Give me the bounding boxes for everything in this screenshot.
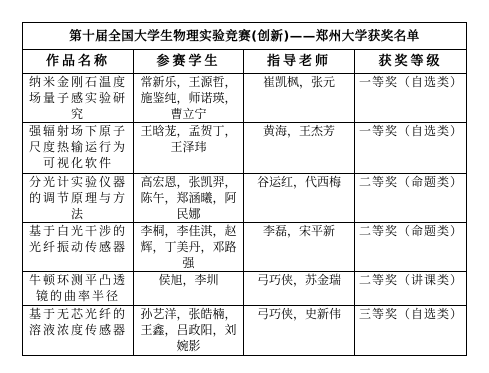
award-level: 一等奖（自选类） bbox=[355, 74, 467, 123]
table-row: 基于无芯光纤的溶液浓度传感器 孙艺洋，张皓楠，王鑫，吕政阳，刘婉影 弓巧侠，史新… bbox=[23, 306, 467, 356]
work-name: 基于无芯光纤的溶液浓度传感器 bbox=[23, 306, 134, 356]
table-row: 纳米金刚石温度场量子感实验研究 常新乐，王源哲，施鉴纯，师诺瑛，曹立宁 崔凯枫，… bbox=[23, 74, 467, 123]
work-name: 基于白光干涉的光纤振动传感器 bbox=[23, 223, 134, 272]
work-name: 纳米金刚石温度场量子感实验研究 bbox=[23, 74, 134, 123]
advisors: 弓巧侠，苏金瑞 bbox=[244, 272, 355, 306]
award-level: 一等奖（自选类） bbox=[355, 123, 467, 174]
advisors: 李磊，宋平新 bbox=[244, 223, 355, 272]
table-row: 强辐射场下原子尺度热输运行为可视化软件 王晗茏，孟贺丁，王泽玮 黄海，王杰芳 一… bbox=[23, 123, 467, 174]
students: 王晗茏，孟贺丁，王泽玮 bbox=[134, 123, 244, 174]
column-header-advisors: 指导老师 bbox=[244, 50, 355, 74]
award-level: 二等奖（命题类） bbox=[355, 223, 467, 272]
work-name: 牛顿环测平凸透镜的曲率半径 bbox=[23, 272, 134, 306]
column-header-students: 参赛学生 bbox=[134, 50, 244, 74]
advisors: 黄海，王杰芳 bbox=[244, 123, 355, 174]
award-level: 三等奖（自选类） bbox=[355, 306, 467, 356]
advisors: 崔凯枫，张元 bbox=[244, 74, 355, 123]
advisors: 谷运红，代西梅 bbox=[244, 174, 355, 223]
table-row: 牛顿环测平凸透镜的曲率半径 侯旭，李圳 弓巧侠，苏金瑞 二等奖（讲课类） bbox=[23, 272, 467, 306]
students: 李桐，李佳淇，赵辉，丁美丹，邓路强 bbox=[134, 223, 244, 272]
students: 常新乐，王源哲，施鉴纯，师诺瑛，曹立宁 bbox=[134, 74, 244, 123]
table-title: 第十届全国大学生物理实验竞赛(创新)——郑州大学获奖名单 bbox=[23, 23, 467, 50]
work-name: 分光计实验仪器的调节原理与方法 bbox=[23, 174, 134, 223]
table-row: 基于白光干涉的光纤振动传感器 李桐，李佳淇，赵辉，丁美丹，邓路强 李磊，宋平新 … bbox=[23, 223, 467, 272]
column-header-work: 作品名称 bbox=[23, 50, 134, 74]
award-level: 二等奖（讲课类） bbox=[355, 272, 467, 306]
advisors: 弓巧侠，史新伟 bbox=[244, 306, 355, 356]
students: 孙艺洋，张皓楠，王鑫，吕政阳，刘婉影 bbox=[134, 306, 244, 356]
table-row: 分光计实验仪器的调节原理与方法 高宏恩，张凯羿，陈午，郑涵曦，阿民娜 谷运红，代… bbox=[23, 174, 467, 223]
award-level: 二等奖（命题类） bbox=[355, 174, 467, 223]
students: 高宏恩，张凯羿，陈午，郑涵曦，阿民娜 bbox=[134, 174, 244, 223]
award-table: 第十届全国大学生物理实验竞赛(创新)——郑州大学获奖名单 作品名称 参赛学生 指… bbox=[22, 22, 467, 356]
work-name: 强辐射场下原子尺度热输运行为可视化软件 bbox=[23, 123, 134, 174]
column-header-award: 获奖等级 bbox=[355, 50, 467, 74]
students: 侯旭，李圳 bbox=[134, 272, 244, 306]
